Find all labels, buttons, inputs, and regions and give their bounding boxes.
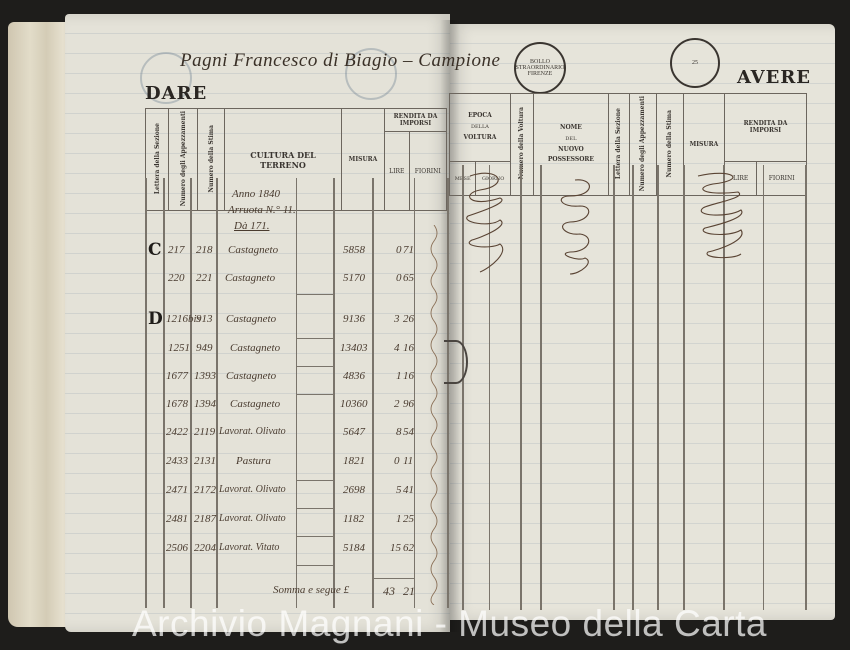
column-rule xyxy=(145,178,147,608)
cell-divider xyxy=(296,536,333,537)
column-rule xyxy=(540,165,542,610)
spiral-cancel-mark-icon xyxy=(693,170,748,265)
cell-divider xyxy=(296,338,333,339)
cell-divider xyxy=(296,294,333,295)
column-rule xyxy=(333,178,335,608)
cell-divider xyxy=(296,480,333,481)
preamble-da: Dà 171. xyxy=(234,220,269,232)
column-rule xyxy=(763,165,764,610)
column-rule xyxy=(805,165,807,610)
spiral-cancel-mark-icon xyxy=(460,168,510,278)
bollo-stamp-icon: BOLLO STRAORDINARIO FIRENZE xyxy=(514,42,566,94)
handwritten-owner-title: Pagni Francesco di Biagio – Campione xyxy=(180,50,500,72)
col-numero-appezzamenti: Numero degli Appezzamenti xyxy=(169,109,198,211)
cell-divider xyxy=(296,508,333,509)
total-lire: 43 xyxy=(383,584,395,599)
col-numero-stima-right: Numero della Stima xyxy=(656,94,683,196)
col-misura: MISURA xyxy=(342,109,385,211)
wavy-cancel-line xyxy=(428,225,440,605)
column-rule xyxy=(372,178,374,608)
column-rule xyxy=(216,178,218,608)
section-letter-c: C xyxy=(148,240,162,260)
section-letter-d: D xyxy=(148,309,163,329)
column-rule xyxy=(613,165,615,610)
column-rule xyxy=(520,165,522,610)
dare-heading: DARE xyxy=(145,83,207,104)
col-numero-stima: Numero della Stima xyxy=(198,109,225,211)
preamble-year: Anno 1840 xyxy=(232,188,280,200)
col-fiorini-right: FIORINI xyxy=(757,161,807,195)
cell-divider xyxy=(296,366,333,367)
col-lettera-sezione: Lettera della Sezione xyxy=(146,109,169,211)
column-rule xyxy=(414,178,415,608)
total-label: Somma e segue £ xyxy=(273,584,349,596)
avere-heading: AVERE xyxy=(737,67,811,88)
column-rule xyxy=(657,165,659,610)
column-rule xyxy=(190,178,192,608)
column-rule xyxy=(683,165,685,610)
col-lire: LIRE xyxy=(385,132,410,211)
cell-divider xyxy=(296,565,333,566)
column-rule xyxy=(447,178,449,608)
col-lettera-sezione-right: Lettera della Sezione xyxy=(608,94,629,196)
figure-stamp-icon: 25 xyxy=(670,38,720,88)
cell-divider xyxy=(296,394,333,395)
archive-watermark: Archivio Magnani - Museo della Carta xyxy=(132,603,767,645)
spiral-cancel-mark-icon xyxy=(550,178,600,278)
total-fiorini: 21 xyxy=(403,584,415,599)
col-numero-voltura: Numero della Voltura xyxy=(510,94,533,196)
total-divider xyxy=(372,578,414,579)
partial-stamp-icon xyxy=(444,340,468,384)
column-rule xyxy=(632,165,634,610)
col-rendita: RENDITA DA IMPORSI xyxy=(385,109,447,132)
column-rule xyxy=(296,178,297,608)
col-rendita-right: RENDITA DA IMPORSI xyxy=(724,94,806,162)
column-rule xyxy=(163,178,165,608)
col-epoca-voltura: EPOCADELLAVOLTURA xyxy=(450,94,511,162)
preamble-arruota: Arruota N.° 11. xyxy=(228,204,296,216)
